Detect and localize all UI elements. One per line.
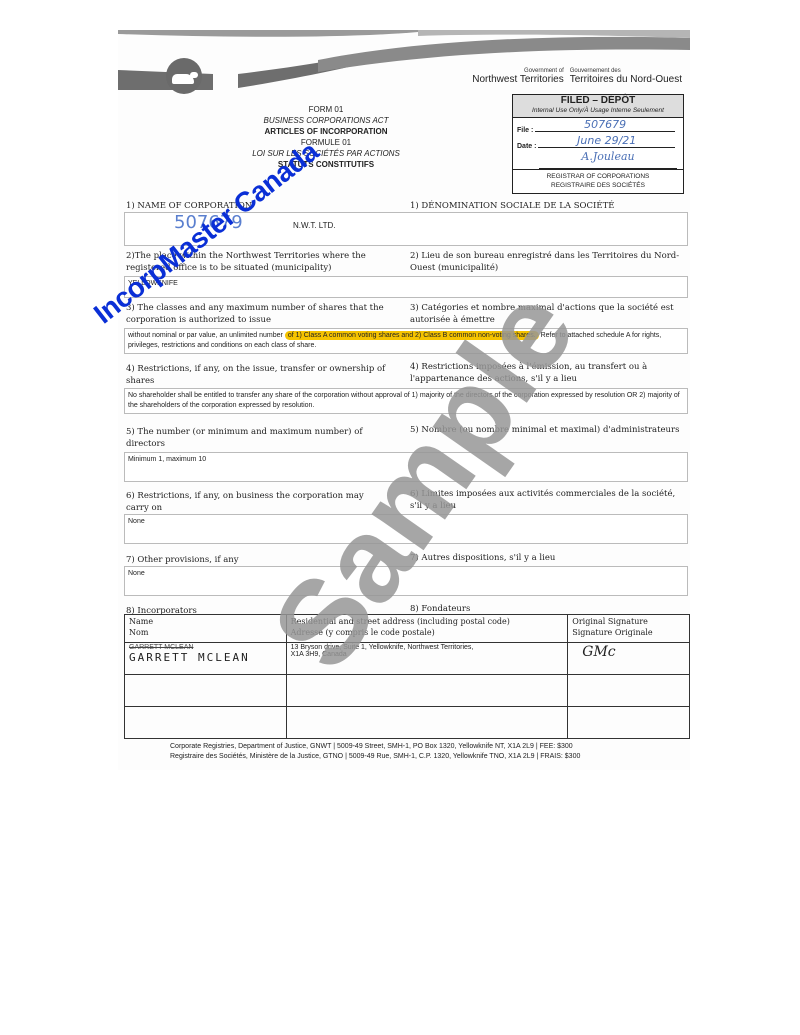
gov-fr-name: Territoires du Nord-Ouest (570, 74, 682, 85)
directors-value: Minimum 1, maximum 10 (128, 456, 206, 463)
col-name-fr: Nom (129, 627, 282, 638)
table-row (125, 675, 690, 707)
col-signature-fr: Signature Originale (572, 627, 685, 638)
incorporator-signature (568, 707, 690, 739)
footer-fr: Registraire des Sociétés, Ministère de l… (170, 752, 670, 762)
incorporator-address (286, 707, 568, 739)
footer: Corporate Registries, Department of Just… (170, 742, 670, 762)
section-3-label-en: 3) The classes and any maximum number of… (126, 302, 386, 326)
footer-en: Corporate Registries, Department of Just… (170, 742, 670, 752)
section-2-label-fr: 2) Lieu de son bureau enregistré dans le… (410, 250, 680, 274)
section-1-label-fr: 1) DÉNOMINATION SOCIALE DE LA SOCIÉTÉ (410, 200, 614, 212)
file-label: File : (517, 127, 533, 134)
government-logo-text: Government of Northwest Territories Gouv… (472, 68, 682, 85)
filed-subheading: Internal Use Only/À Usage Interne Seulem… (513, 107, 683, 114)
section-5-label-en: 5) The number (or minimum and maximum nu… (126, 426, 386, 450)
form-number-en: FORM 01 (226, 104, 426, 115)
section-7-label-en: 7) Other provisions, if any (126, 554, 239, 566)
corporation-name-value: N.W.T. LTD. (293, 221, 336, 230)
date-label: Date : (517, 143, 536, 150)
filed-heading: FILED – DÉPÔT (513, 95, 683, 107)
incorporator-name: GARRETT MCLEAN (129, 651, 282, 664)
act-name-fr: LOI SUR LES SOCIÉTÉS PAR ACTIONS (226, 148, 426, 159)
registrar-en: REGISTRAR OF CORPORATIONS (513, 172, 683, 181)
table-row (125, 707, 690, 739)
incorporator-signature: GMc (572, 644, 685, 660)
incorporator-address (286, 675, 568, 707)
registered-office-field: YELLOWKNIFE (124, 276, 688, 298)
col-signature-en: Original Signature (572, 616, 685, 627)
registrar-signature: A.Jouleau (539, 150, 677, 169)
incorporator-name (125, 675, 287, 707)
section-4-label-en: 4) Restrictions, if any, on the issue, t… (126, 363, 386, 387)
file-number-value: 507679 (535, 118, 675, 132)
incorporator-name-struck: GARRETT MCLEAN (129, 644, 282, 651)
share-classes-pre: without nominal or par value, an unlimit… (128, 332, 285, 339)
form-title-en: ARTICLES OF INCORPORATION (226, 126, 426, 137)
other-provisions-value: None (128, 570, 145, 577)
incorporator-name (125, 707, 287, 739)
gov-en-name: Northwest Territories (472, 74, 564, 85)
business-restrictions-value: None (128, 518, 145, 525)
form-title-block: FORM 01 BUSINESS CORPORATIONS ACT ARTICL… (226, 104, 426, 170)
act-name-en: BUSINESS CORPORATIONS ACT (226, 115, 426, 126)
filed-stamp-box: FILED – DÉPÔT Internal Use Only/À Usage … (512, 94, 684, 194)
form-title-fr: STATUTS CONSTITUTIFS (226, 159, 426, 170)
share-classes-field: without nominal or par value, an unlimit… (124, 328, 688, 354)
table-row: GARRETT MCLEANGARRETT MCLEAN 13 Bryson d… (125, 643, 690, 675)
form-number-fr: FORMULE 01 (226, 137, 426, 148)
date-value: June 29/21 (538, 134, 675, 148)
incorporator-signature (568, 675, 690, 707)
registrar-fr: REGISTRAIRE DES SOCIÉTÉS (513, 181, 683, 190)
polar-bear-logo-icon (166, 58, 202, 94)
incorporators-table: NameNom Residential and street address (… (124, 614, 690, 739)
